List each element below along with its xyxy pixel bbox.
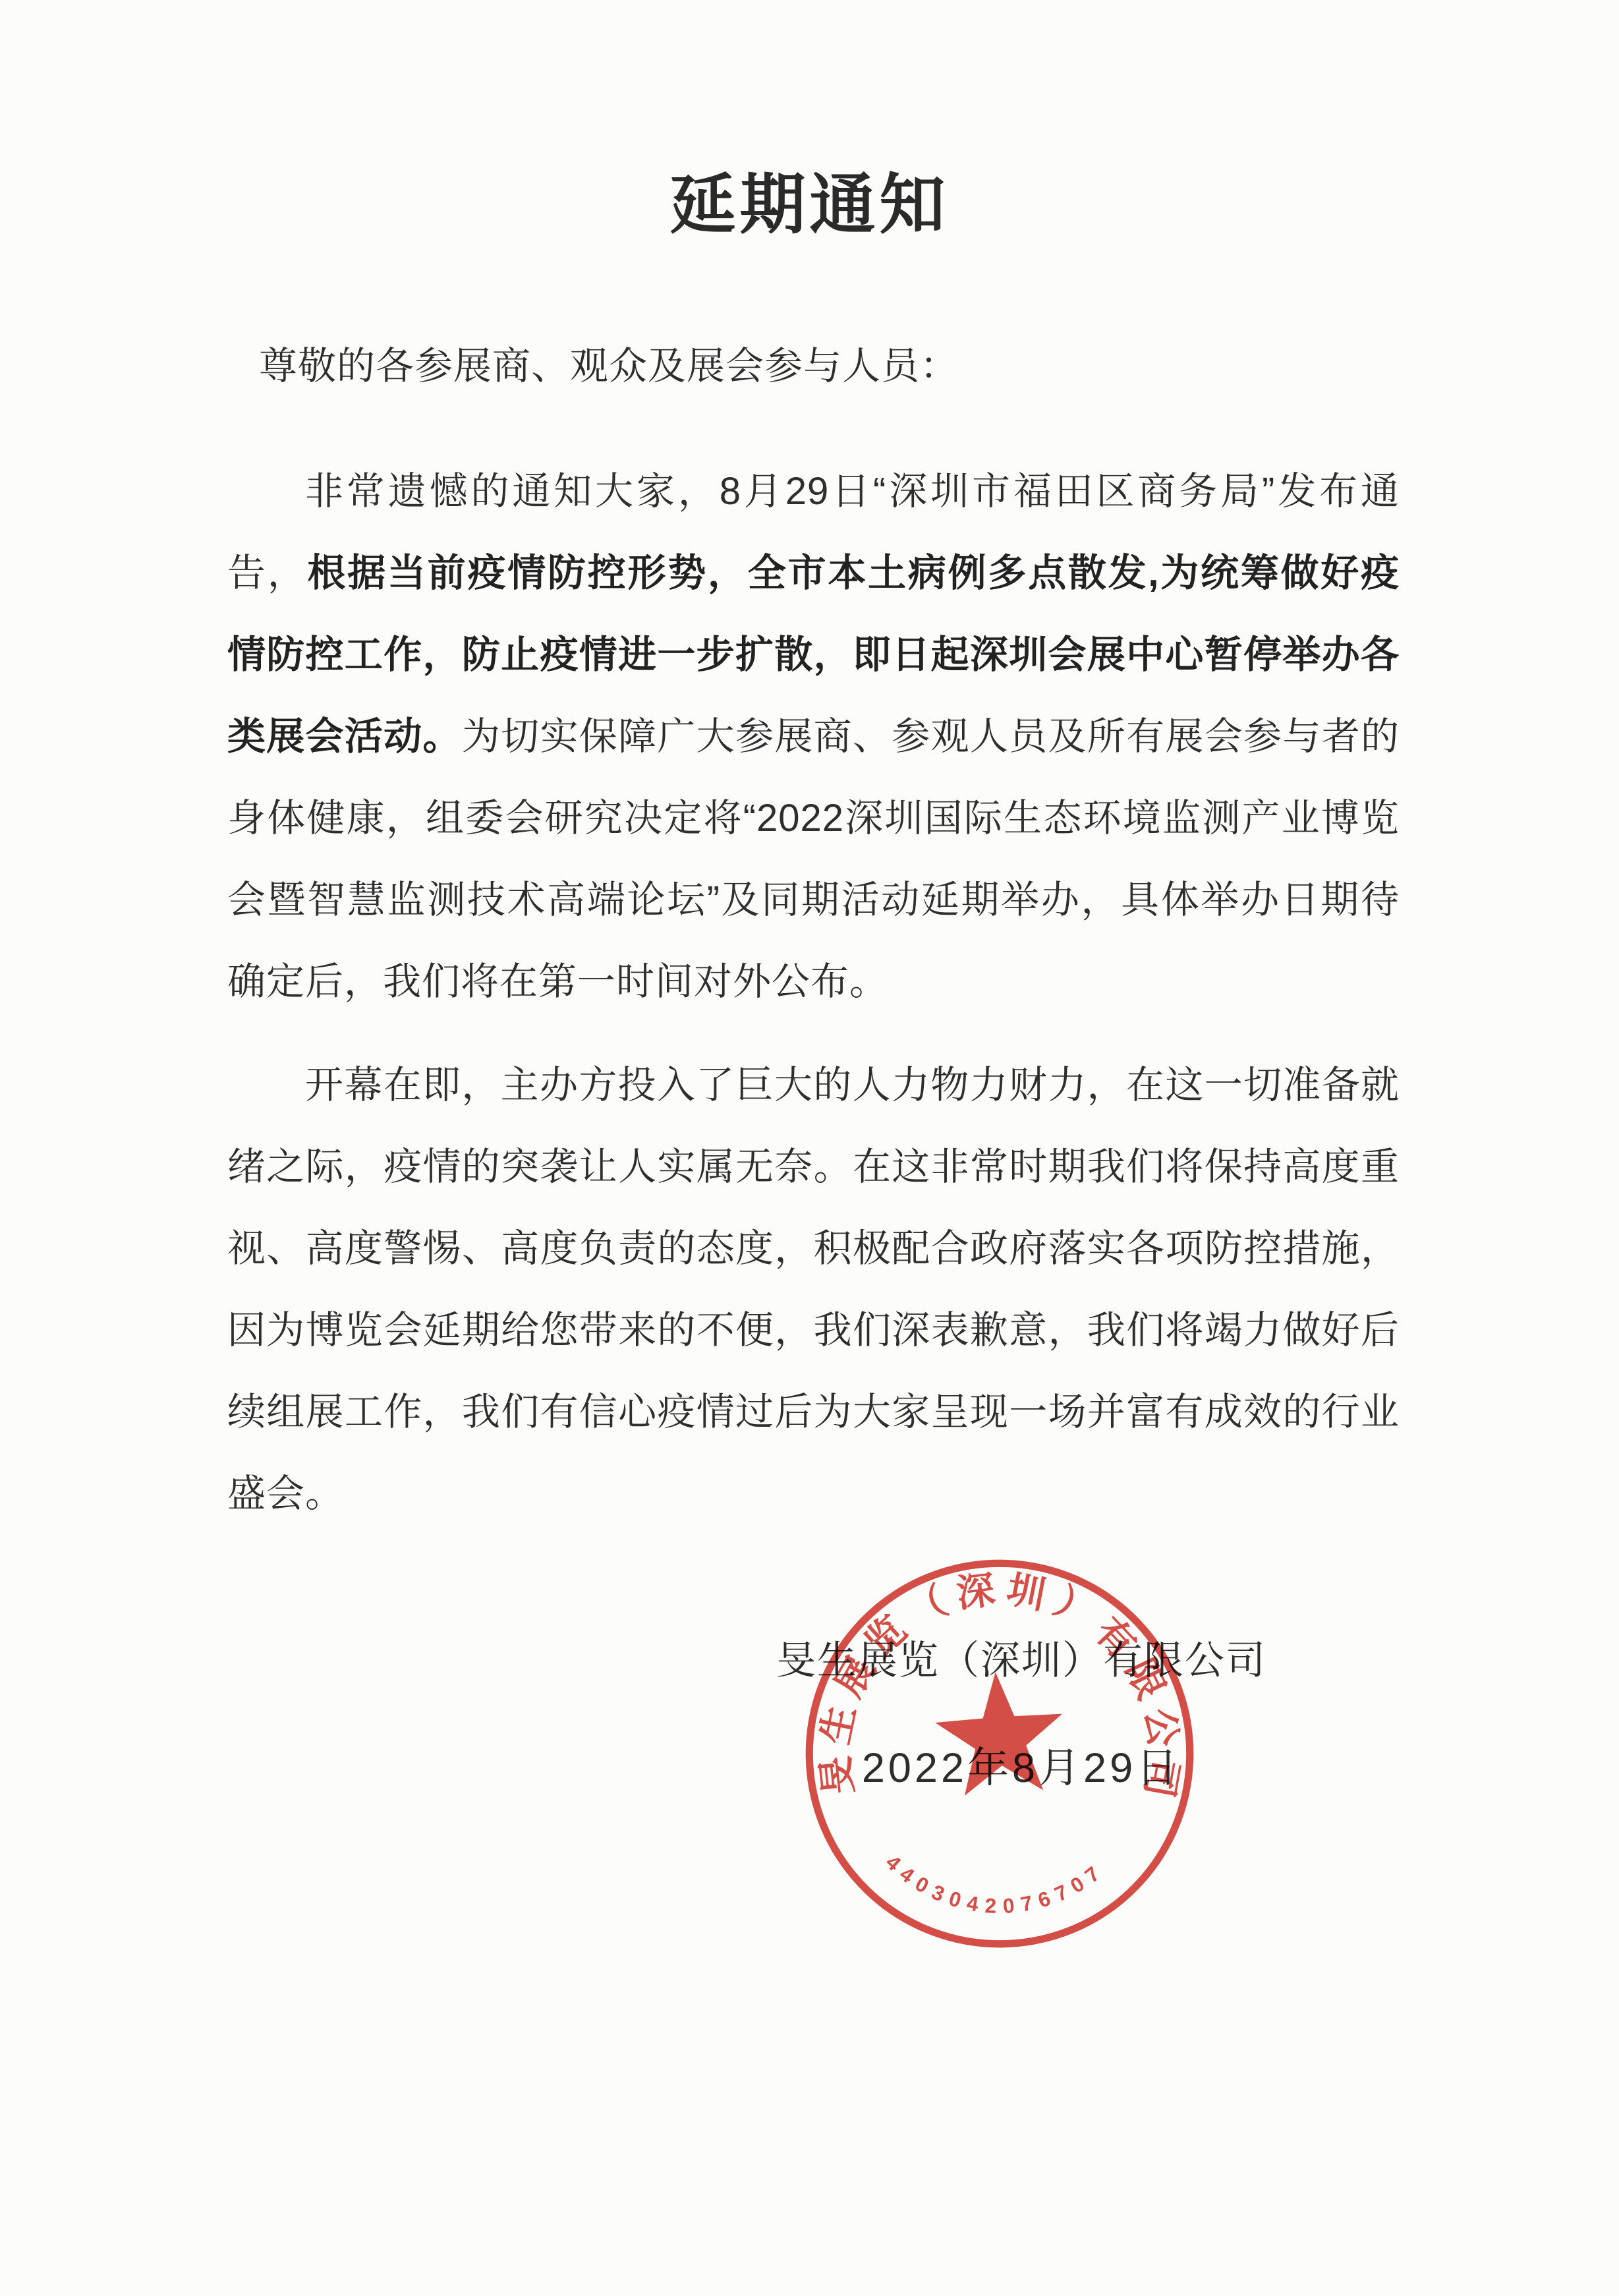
paragraph-1-tail: 为切实保障广大参展商、参观人员及所有展会参与者的身体健康，组委会研究决定将“20…: [227, 715, 1400, 1003]
notice-date: 2022年8月29日: [758, 1735, 1285, 1794]
stamp-serial-number: 4403042076707: [880, 1850, 1110, 1922]
page-title: 延期通知: [0, 0, 1619, 244]
salutation: 尊敬的各参展商、观众及展会参与人员：: [227, 343, 1400, 390]
company-signature: 旻生展览（深圳）有限公司: [758, 1636, 1285, 1686]
paragraph-2: 开幕在即，主办方投入了巨大的人力物力财力，在这一切准备就绪之际，疫情的突袭让人实…: [227, 1045, 1400, 1535]
notice-document: 延期通知 尊敬的各参展商、观众及展会参与人员： 非常遗憾的通知大家，8月29日“…: [0, 0, 1619, 2296]
letter-body: 尊敬的各参展商、观众及展会参与人员： 非常遗憾的通知大家，8月29日“深圳市福田…: [227, 343, 1400, 1535]
closing-block: 旻生展览（深圳）有限公司 2022年8月29日: [758, 1636, 1285, 1794]
paragraph-1: 非常遗憾的通知大家，8月29日“深圳市福田区商务局”发布通告，根据当前疫情防控形…: [227, 451, 1400, 1023]
